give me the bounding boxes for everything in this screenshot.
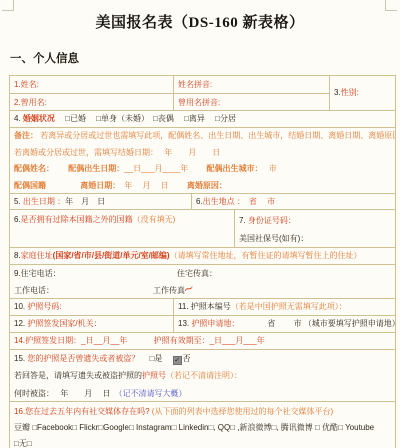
field-home-phone-fax: 9.住宅电话：住宅传真： <box>14 265 395 282</box>
text-segment: 护照号码: <box>27 302 61 311</box>
text-segment: 配偶国籍 <box>14 181 46 190</box>
text-segment: 备注： <box>14 131 38 140</box>
field-gender: 3.性别: <box>329 76 395 110</box>
text-segment: 若回答是，请填写遗失或被盗护照的 <box>14 371 142 380</box>
text-segment: 豆瓣 □Facebook□ Flickr□Google□ Instagram□ … <box>14 423 374 432</box>
text-segment: 何时被盗： 年 月 日 <box>14 389 118 398</box>
text-segment <box>169 181 187 190</box>
text-segment: 7. <box>239 216 248 225</box>
text-segment: __日___月____年 <box>124 164 188 173</box>
page-margin-mark-right <box>385 0 397 11</box>
field-passport-application-place: 13. 护照申请地： 省 市 （城市要填写护照申请地） <box>173 316 395 332</box>
text-segment: 14.护照签发日期：_日__月__年 <box>14 336 127 345</box>
text-segment: 11. 护照本编号 <box>178 302 231 311</box>
text-segment: 美国社保号(如有)： <box>239 234 308 243</box>
red-squiggle-icon: ～ <box>182 282 197 298</box>
text-segment: 配偶出生城市： <box>207 164 259 173</box>
text-segment: （若是中国护照无需填写此项）： <box>231 302 347 311</box>
field-passport-book-number: 11. 护照本编号（若是中国护照无需填写此项）： <box>173 299 395 315</box>
text-segment: 年 月 日 <box>65 197 105 206</box>
text-segment: 省 市 <box>235 319 301 328</box>
text-segment: □已婚 □单身（未婚） □丧偶 □离异 □分居 <box>55 114 236 123</box>
text-segment: 离婚原因： <box>187 181 227 190</box>
field-id-number: 7. 身份证号码： <box>239 212 395 230</box>
text-segment: （记不清请写大概） <box>118 389 186 398</box>
text-segment: 2.曾用名: <box>14 98 47 107</box>
field-former-name: 2.曾用名: <box>10 93 173 110</box>
note-line: 配偶姓名： 配偶出生日期：__日___月____年 配偶出生城市： 市 <box>14 161 395 178</box>
text-segment: □是 <box>139 354 172 363</box>
text-segment: 10. <box>14 302 27 311</box>
note-line: 若离婚或分居或过世，需填写结婚日期： 年 月 日 <box>14 145 395 162</box>
field-birth-date: 5. 出生日期 ：年 月 日 <box>10 194 191 209</box>
text-segment: 离婚日期： <box>80 181 116 190</box>
field-us-ssn: 美国社保号(如有)： <box>239 230 395 247</box>
text-segment <box>188 164 206 173</box>
text-segment: 若离婚或分居或过世，需填写结婚日期： 年 月 日 <box>14 148 220 157</box>
text-segment: (从下面的列表中选择您使用过的每个社交媒体平台) <box>150 407 334 416</box>
text-segment: 护照签发国家/机关： <box>27 319 101 328</box>
social-platforms-line: 豆瓣 □Facebook□ Flickr□Google□ Instagram□ … <box>14 420 395 436</box>
text-segment <box>50 164 68 173</box>
row-passport-issue: 12. 护照签发国家/机关： 13. 护照申请地： 省 市 （城市要填写护照申请… <box>10 315 395 332</box>
text-segment: （请填写常住地址，有暂住证的请填写暂住上的住址） <box>170 251 362 260</box>
text-segment: 出生日期 ： <box>23 197 65 206</box>
text-segment <box>46 181 80 190</box>
text-segment: 护照号 <box>142 371 166 380</box>
note-line: 配偶国籍 离婚日期： 年 月 日 离婚原因： <box>14 178 395 194</box>
field-passport-number: 10. 护照号码: <box>10 299 173 315</box>
social-none-line: □无□ <box>14 436 395 448</box>
text-segment: 16. <box>14 407 25 416</box>
section-heading: 一、个人信息 <box>10 50 79 66</box>
text-segment: 6. <box>14 215 21 224</box>
text-segment: 5. <box>14 197 23 206</box>
row-social-media: 16.您在过去五年内有社交媒体存在吗? (从下面的列表中选择您使用过的每个社交媒… <box>10 401 395 448</box>
text-segment: 您在过去五年内有社交媒体存在吗? <box>25 407 149 416</box>
text-segment: 姓名拼音: <box>178 80 212 89</box>
text-segment: 6. <box>196 197 203 206</box>
field-marital-status: 4. 婚姻状况 □已婚 □单身（未婚） □丧偶 □离异 □分居 <box>10 111 395 127</box>
row-passport-number: 10. 护照号码: 11. 护照本编号（若是中国护照无需填写此项）： <box>10 298 395 315</box>
social-question-line: 16.您在过去五年内有社交媒体存在吗? (从下面的列表中选择您使用过的每个社交媒… <box>14 404 395 420</box>
text-segment: 出生地点 ： 省 市 <box>203 197 275 206</box>
note-line: 备注： 若离异或分居或过世也需填写此项，配偶姓名、出生日期、出生城市，结婚日期、… <box>14 128 395 145</box>
text-segment: 是否拥有过除本国籍之外的国籍 <box>21 215 133 224</box>
text-segment: 4. <box>14 114 23 123</box>
field-former-name-pinyin: 曾用名拼音: <box>173 93 329 110</box>
personal-info-table: 1.姓名: 姓名拼音: 3.性别: 2.曾用名: 曾用名拼音: 4. 婚姻状况 … <box>9 75 396 448</box>
field-name: 1.姓名: <box>10 76 173 93</box>
text-segment: 护照有效期至：_日___月___年 <box>154 336 265 345</box>
text-segment <box>127 336 153 345</box>
text-segment: 否 <box>183 354 191 363</box>
lost-question-line: 15. 您的护照是否曾遗失或者被盗？ □是 ✓否 <box>14 350 395 367</box>
text-segment: 住宅传真： <box>177 269 217 278</box>
page-margin-mark-left <box>2 0 14 11</box>
text-segment: 曾用名拼音: <box>178 98 220 107</box>
text-segment: 工作电话： <box>14 282 153 298</box>
text-segment: 工作传真 <box>153 286 185 295</box>
text-segment: 配偶出生日期： <box>68 164 124 173</box>
field-social-media: 16.您在过去五年内有社交媒体存在吗? (从下面的列表中选择您使用过的每个社交媒… <box>10 402 395 448</box>
text-segment: 家庭住址 <box>21 251 53 260</box>
row-home-address: 8.家庭住址(国家/省/市/县/街道/单元/室/邮编)（请填写常住地址，有暂住证… <box>10 247 395 264</box>
field-passport-dates: 14.护照签发日期：_日__月__年 护照有效期至：_日___月___年 <box>10 333 395 349</box>
field-name-pinyin: 姓名拼音: <box>173 76 329 93</box>
field-birth-place: 6.出生地点 ： 省 市 <box>191 194 395 209</box>
text-segment: 1.姓名: <box>14 80 39 89</box>
page-title: 美国报名表（DS-160 新表格） <box>0 11 400 32</box>
text-segment: 8. <box>14 251 21 260</box>
lost-date-line: 何时被盗： 年 月 日 （记不清请写大概） <box>14 385 395 401</box>
field-passport-issuing-authority: 12. 护照签发国家/机关： <box>10 316 173 332</box>
text-segment: 护照申请地： <box>191 319 235 328</box>
text-segment: 配偶姓名： <box>14 164 50 173</box>
text-segment: 9.住宅电话： <box>14 265 177 282</box>
row-passport-dates: 14.护照签发日期：_日__月__年 护照有效期至：_日___月___年 <box>10 332 395 349</box>
text-segment: 您的护照是否曾遗失或者被盗？ <box>27 354 139 363</box>
text-segment: 3. <box>334 88 341 97</box>
text-segment: （若记不清请注明）： <box>166 371 242 380</box>
text-segment: 婚姻状况 <box>23 114 55 123</box>
row-marital-note: 备注： 若离异或分居或过世也需填写此项，配偶姓名、出生日期、出生城市，结婚日期、… <box>10 127 395 193</box>
text-segment: 15. <box>14 354 27 363</box>
field-passport-lost-stolen: 15. 您的护照是否曾遗失或者被盗？ □是 ✓否 若回答是，请填写遗失或被盗护照… <box>10 350 395 401</box>
marital-note-block: 备注： 若离异或分居或过世也需填写此项，配偶姓名、出生日期、出生城市，结婚日期、… <box>10 128 395 193</box>
row-passport-lost: 15. 您的护照是否曾遗失或者被盗？ □是 ✓否 若回答是，请填写遗失或被盗护照… <box>10 349 395 401</box>
row-phones: 9.住宅电话：住宅传真： 工作电话：工作传真～ <box>10 264 395 298</box>
field-other-nationality: 6.是否拥有过除本国籍之外的国籍（没有填无) <box>10 210 234 247</box>
text-segment: 性别: <box>341 88 359 97</box>
text-segment: 市 <box>259 164 277 173</box>
field-work-phone-fax: 工作电话：工作传真～ <box>14 282 395 298</box>
field-phones: 9.住宅电话：住宅传真： 工作电话：工作传真～ <box>10 265 395 298</box>
row-nationality-id: 6.是否拥有过除本国籍之外的国籍（没有填无) 7. 身份证号码： 美国社保号(如… <box>10 209 395 247</box>
text-segment: 身份证号码： <box>248 216 296 225</box>
row-birth: 5. 出生日期 ：年 月 日 6.出生地点 ： 省 市 <box>10 193 395 209</box>
lost-passport-number-line: 若回答是，请填写遗失或被盗护照的护照号（若记不清请注明）： <box>14 367 395 384</box>
text-segment: 年 月 日 <box>116 181 168 190</box>
field-id-numbers: 7. 身份证号码： 美国社保号(如有)： <box>234 210 395 247</box>
text-segment: （城市要填写护照申请地） <box>302 319 395 328</box>
field-home-address: 8.家庭住址(国家/省/市/县/街道/单元/室/邮编)（请填写常住地址，有暂住证… <box>10 248 395 264</box>
row-marital-status: 4. 婚姻状况 □已婚 □单身（未婚） □丧偶 □离异 □分居 <box>10 110 395 127</box>
name-rows: 1.姓名: 姓名拼音: 3.性别: 2.曾用名: 曾用名拼音: <box>10 76 395 110</box>
text-segment: □无□ <box>14 439 32 448</box>
text-segment: 12. <box>14 319 27 328</box>
text-segment: 13. <box>178 319 191 328</box>
checked-checkbox-icon: ✓ <box>173 356 182 365</box>
text-segment: （没有填无) <box>133 215 176 224</box>
text-segment: (国家/省/市/县/街道/单元/室/邮编) <box>53 251 170 260</box>
text-segment: 若离异或分居或过世也需填写此项，配偶姓名、出生日期、出生城市，结婚日期、离婚日期… <box>38 131 395 140</box>
